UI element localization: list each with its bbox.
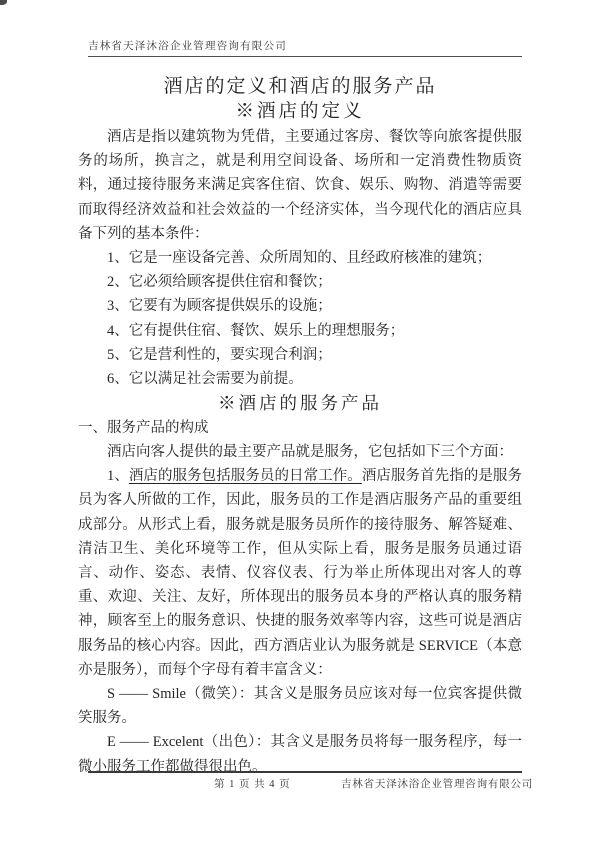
document-title: 酒店的定义和酒店的服务产品 bbox=[78, 74, 522, 99]
document-body: 酒店的定义和酒店的服务产品 ※酒店的定义 酒店是指以建筑物为凭借，主要通过客房、… bbox=[78, 0, 522, 779]
list-item: 1、它是一座设备完善、众所周知的、且经政府核准的建筑； bbox=[78, 246, 522, 270]
document-page: 吉林省天泽沐浴企业管理咨询有限公司 酒店的定义和酒店的服务产品 ※酒店的定义 酒… bbox=[0, 0, 595, 842]
list-item: 6、它以满足社会需要为前提。 bbox=[78, 367, 522, 391]
scan-artifact bbox=[0, 0, 7, 5]
footer-page-number: 第 1 页 共 4 页 bbox=[214, 779, 291, 791]
list-item: 2、它必须给顾客提供住宿和餐饮； bbox=[78, 270, 522, 294]
service-intro-paragraph: 酒店向客人提供的最主要产品就是服务，它包括如下三个方面： bbox=[78, 440, 522, 464]
item-number: 1、 bbox=[107, 468, 129, 484]
subsection-heading-composition: 一、服务产品的构成 bbox=[78, 416, 522, 440]
list-item: 4、它有提供住宿、餐饮、娱乐上的理想服务； bbox=[78, 319, 522, 343]
service-item-paragraph: 1、酒店的服务包括服务员的日常工作。酒店服务首先指的是服务员为客人所做的工作，因… bbox=[78, 464, 522, 682]
section-heading-service-product: ※酒店的服务产品 bbox=[78, 391, 522, 416]
footer-rule bbox=[88, 771, 522, 773]
conditions-list: 1、它是一座设备完善、众所周知的、且经政府核准的建筑； 2、它必须给顾客提供住宿… bbox=[78, 246, 522, 391]
list-item: 3、它要有为顾客提供娱乐的设施； bbox=[78, 294, 522, 318]
definition-intro-paragraph: 酒店是指以建筑物为凭借，主要通过客房、餐饮等向旅客提供服务的场所，换言之，就是利… bbox=[78, 125, 522, 246]
section-heading-definition: ※酒店的定义 bbox=[78, 100, 522, 125]
list-item: 5、它是营利性的，要实现合利润； bbox=[78, 343, 522, 367]
item-body-text: 酒店服务首先指的是服务员为客人所做的工作，因此，服务员的工作是酒店服务产品的重要… bbox=[78, 468, 522, 678]
service-letter-s-paragraph: S —— Smile（微笑）：其含义是服务员应该对每一位宾客提供微笑服务。 bbox=[78, 682, 522, 730]
underlined-phrase: 酒店的服务包括服务员的日常工作。 bbox=[129, 468, 362, 484]
footer-company-name: 吉林省天泽沐浴企业管理咨询有限公司 bbox=[341, 779, 533, 791]
